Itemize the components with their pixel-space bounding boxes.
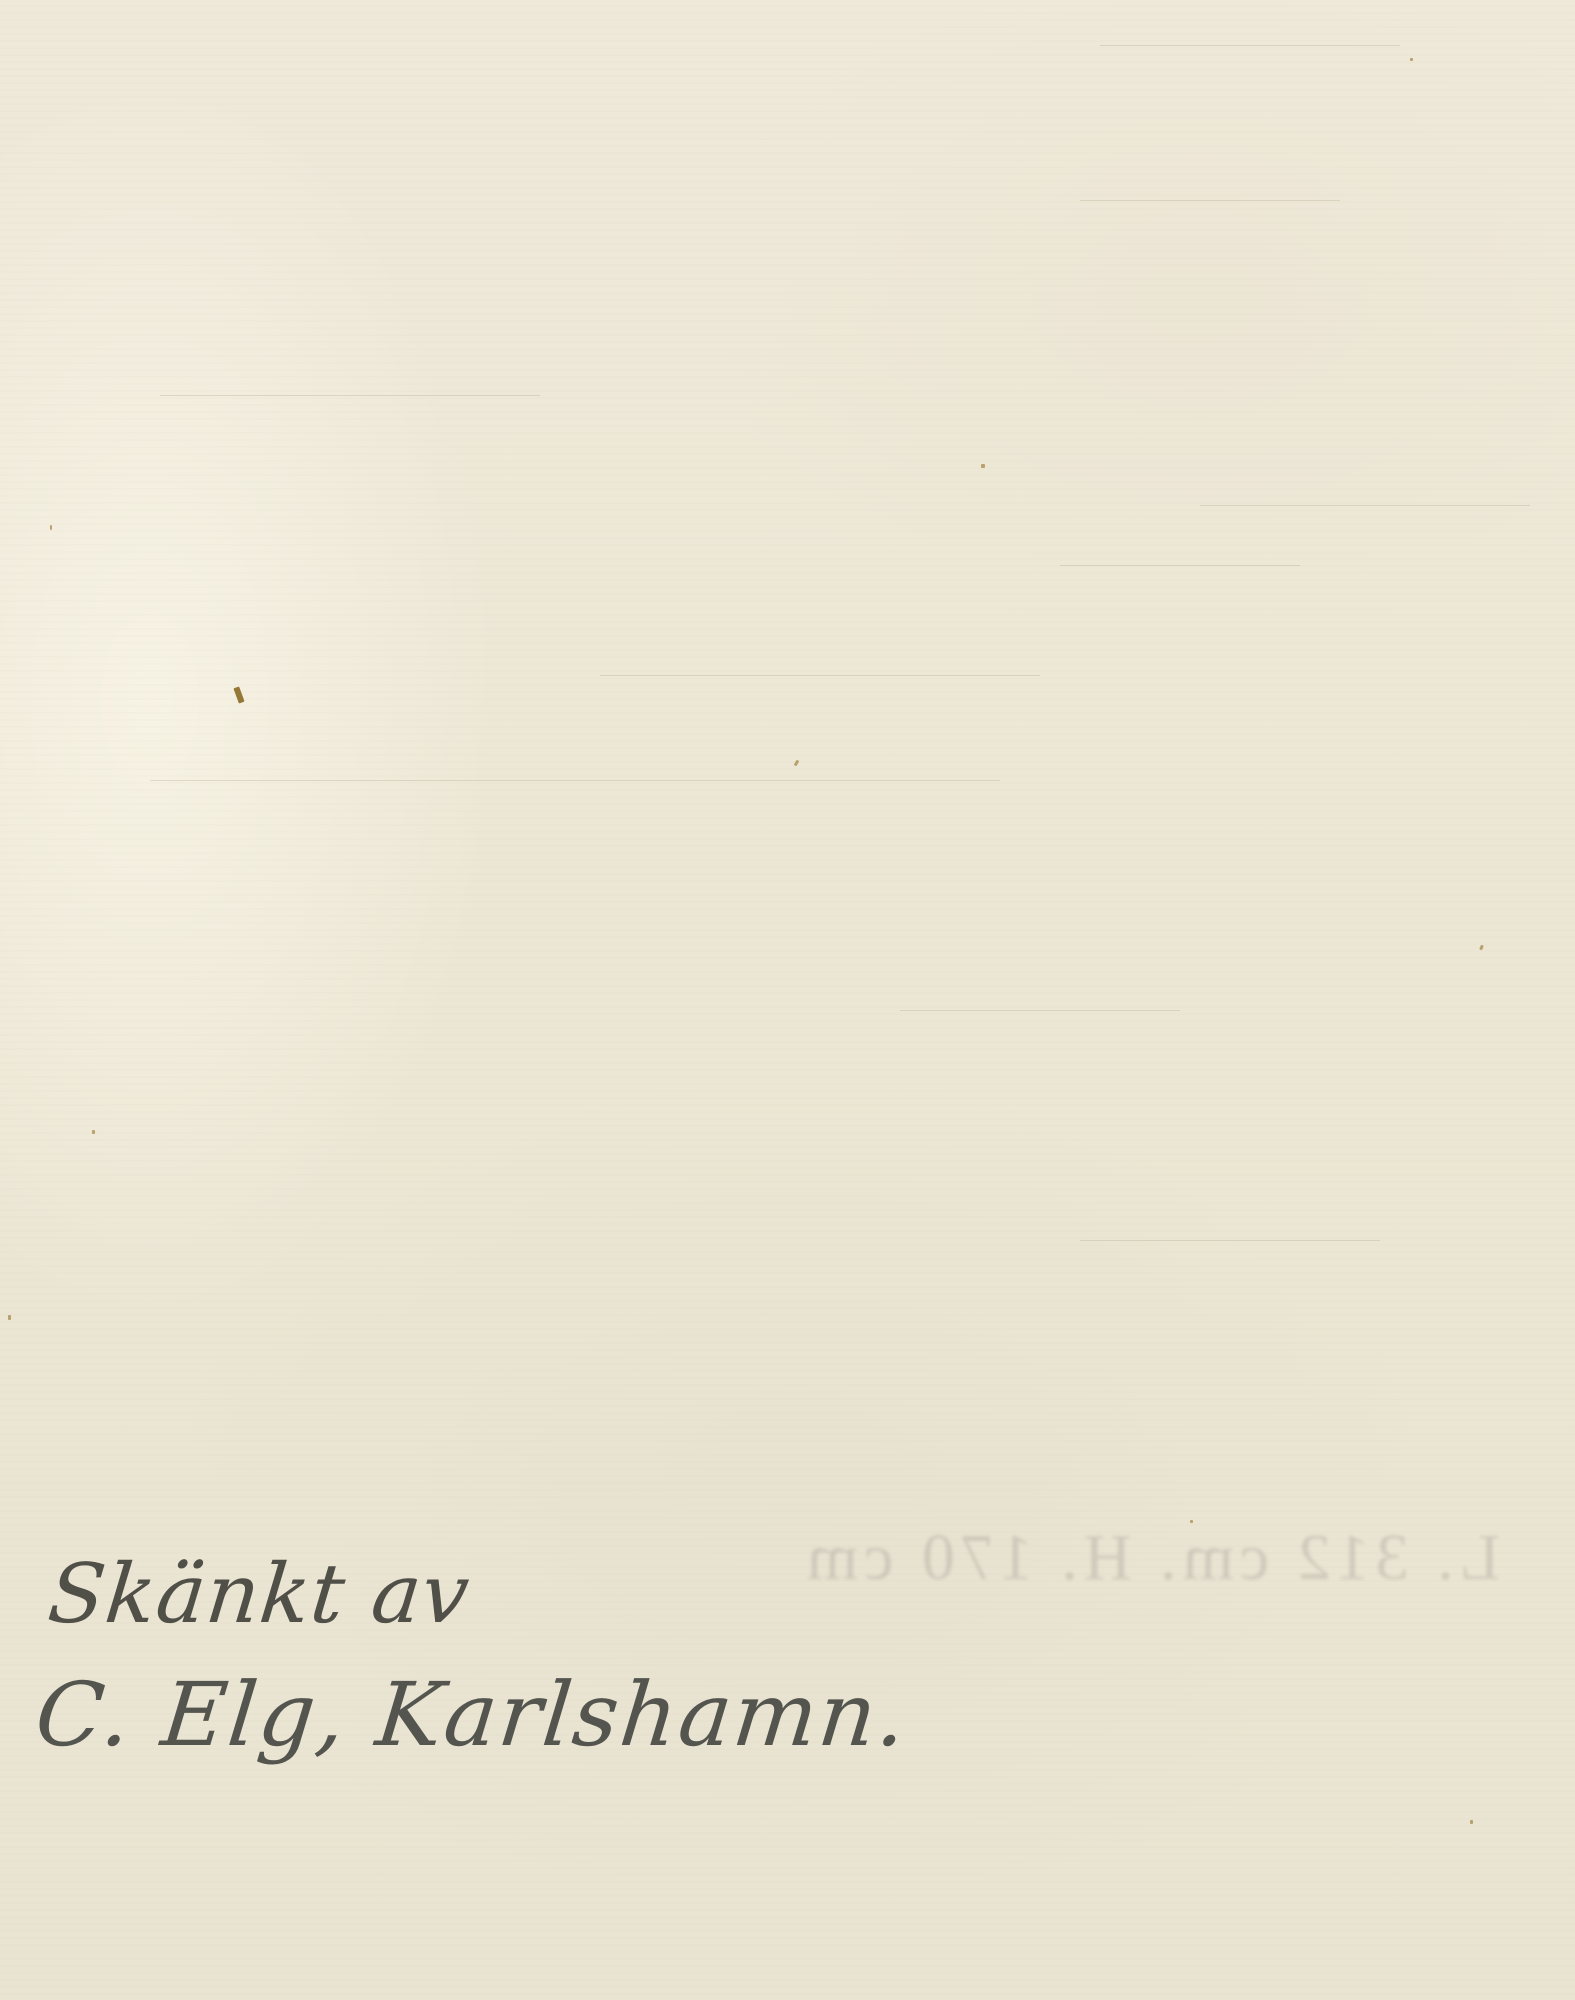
inscription-line-donor: C. Elg, Karlshamn.: [30, 1655, 914, 1775]
paper-speck: [1479, 945, 1484, 951]
inscription-line-donated-by: Skänkt av: [44, 1545, 926, 1645]
paper-fibre-line: [600, 675, 1040, 676]
paper-fibre-line: [150, 780, 1000, 781]
paper-fibre-line: [1060, 565, 1300, 566]
paper-fibre-line: [900, 1010, 1180, 1011]
paper-fibre-line: [1080, 1240, 1380, 1241]
paper-speck: [1410, 58, 1413, 61]
paper-speck: [8, 1315, 11, 1320]
paper-speck: [981, 464, 985, 468]
scanned-paper-sheet: L. 312 cm. H. 170 cm Skänkt av C. Elg, K…: [0, 0, 1575, 2000]
handwritten-inscription: Skänkt av C. Elg, Karlshamn.: [30, 1545, 926, 1775]
paper-fibre-line: [1080, 200, 1340, 201]
paper-speck: [794, 760, 800, 767]
paper-speck: [233, 686, 244, 703]
paper-speck: [50, 525, 52, 530]
paper-speck: [1470, 1820, 1473, 1824]
paper-fibre-line: [160, 395, 540, 396]
paper-speck: [92, 1130, 95, 1134]
paper-fibre-line: [1200, 505, 1530, 506]
paper-fibre-line: [1100, 45, 1400, 46]
